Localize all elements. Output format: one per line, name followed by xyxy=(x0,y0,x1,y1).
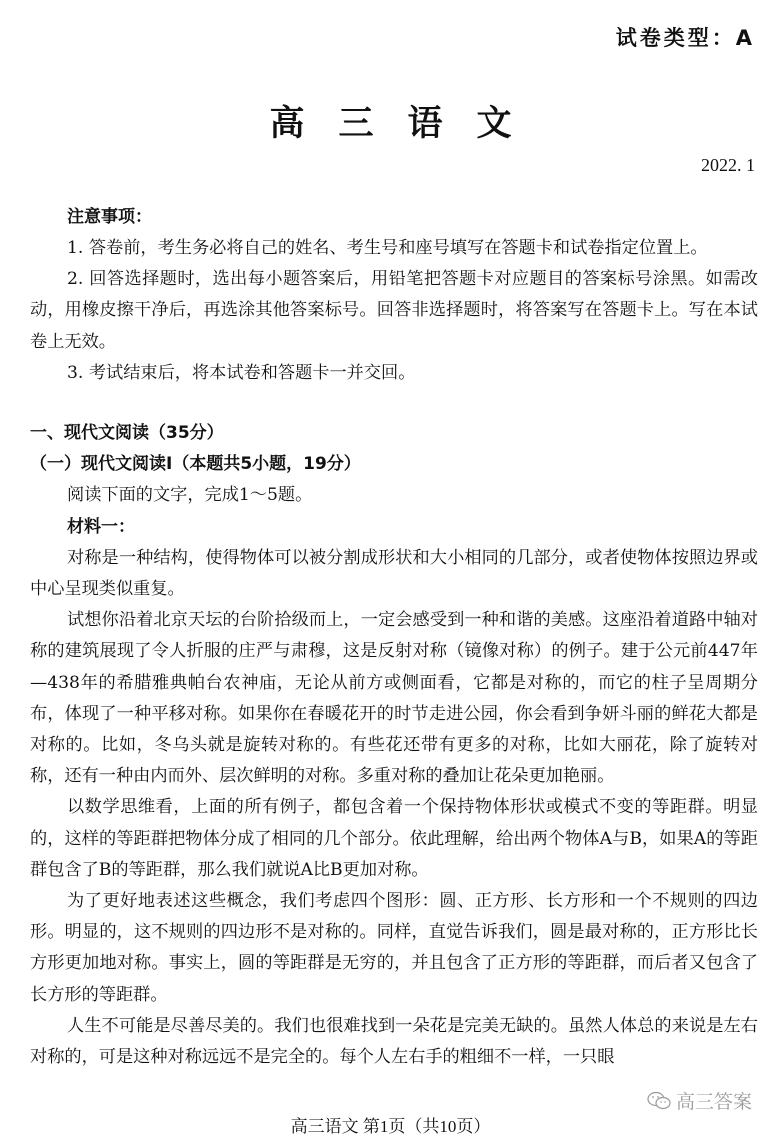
page-footer: 高三语文 第1页（共10页） xyxy=(0,1112,781,1137)
exam-date: 2022. 1 xyxy=(701,155,755,176)
notice-list: 1. 答卷前，考生务必将自己的姓名、考生号和座号填写在答题卡和试卷指定位置上。 … xyxy=(30,233,758,389)
material-label: 材料一： xyxy=(30,512,758,543)
passage-paragraph: 为了更好地表述这些概念，我们考虑四个图形：圆、正方形、长方形和一个不规则的四边形… xyxy=(30,886,758,1011)
section-instruction: 阅读下面的文字，完成1～5题。 xyxy=(30,480,758,511)
passage-paragraph: 试想你沿着北京天坛的台阶拾级而上，一定会感受到一种和谐的美感。这座沿着道路中轴对… xyxy=(30,605,758,792)
notice-item: 2. 回答选择题时，选出每小题答案后，用铅笔把答题卡对应题目的答案标号涂黑。如需… xyxy=(30,264,758,358)
notice-item: 3. 考试结束后，将本试卷和答题卡一并交回。 xyxy=(30,358,758,389)
passage-paragraph: 对称是一种结构，使得物体可以被分割成形状和大小相同的几部分，或者使物体按照边界或… xyxy=(30,543,758,605)
exam-page: 试卷类型：A 高三语文 2022. 1 注意事项： 1. 答卷前，考生务必将自己… xyxy=(0,0,781,1141)
exam-type-label: 试卷类型：A xyxy=(616,22,755,52)
page-title: 高三语文 xyxy=(0,96,781,146)
wechat-icon xyxy=(646,1091,672,1111)
passage-paragraph: 人生不可能是尽善尽美的。我们也很难找到一朵花是完美无缺的。虽然人体总的来说是左右… xyxy=(30,1011,758,1073)
section-subheading: （一）现代文阅读Ⅰ（本题共5小题，19分） xyxy=(30,449,758,480)
notice-heading: 注意事项： xyxy=(67,202,781,233)
notice-item: 1. 答卷前，考生务必将自己的姓名、考生号和座号填写在答题卡和试卷指定位置上。 xyxy=(30,233,758,264)
watermark-text: 高三答案 xyxy=(676,1087,752,1114)
section-heading: 一、现代文阅读（35分） xyxy=(30,418,758,449)
reading-section: 一、现代文阅读（35分） （一）现代文阅读Ⅰ（本题共5小题，19分） 阅读下面的… xyxy=(30,418,758,1073)
watermark: 高三答案 xyxy=(646,1087,752,1114)
passage-paragraph: 以数学思维看，上面的所有例子，都包含着一个保持物体形状或模式不变的等距群。明显的… xyxy=(30,792,758,886)
